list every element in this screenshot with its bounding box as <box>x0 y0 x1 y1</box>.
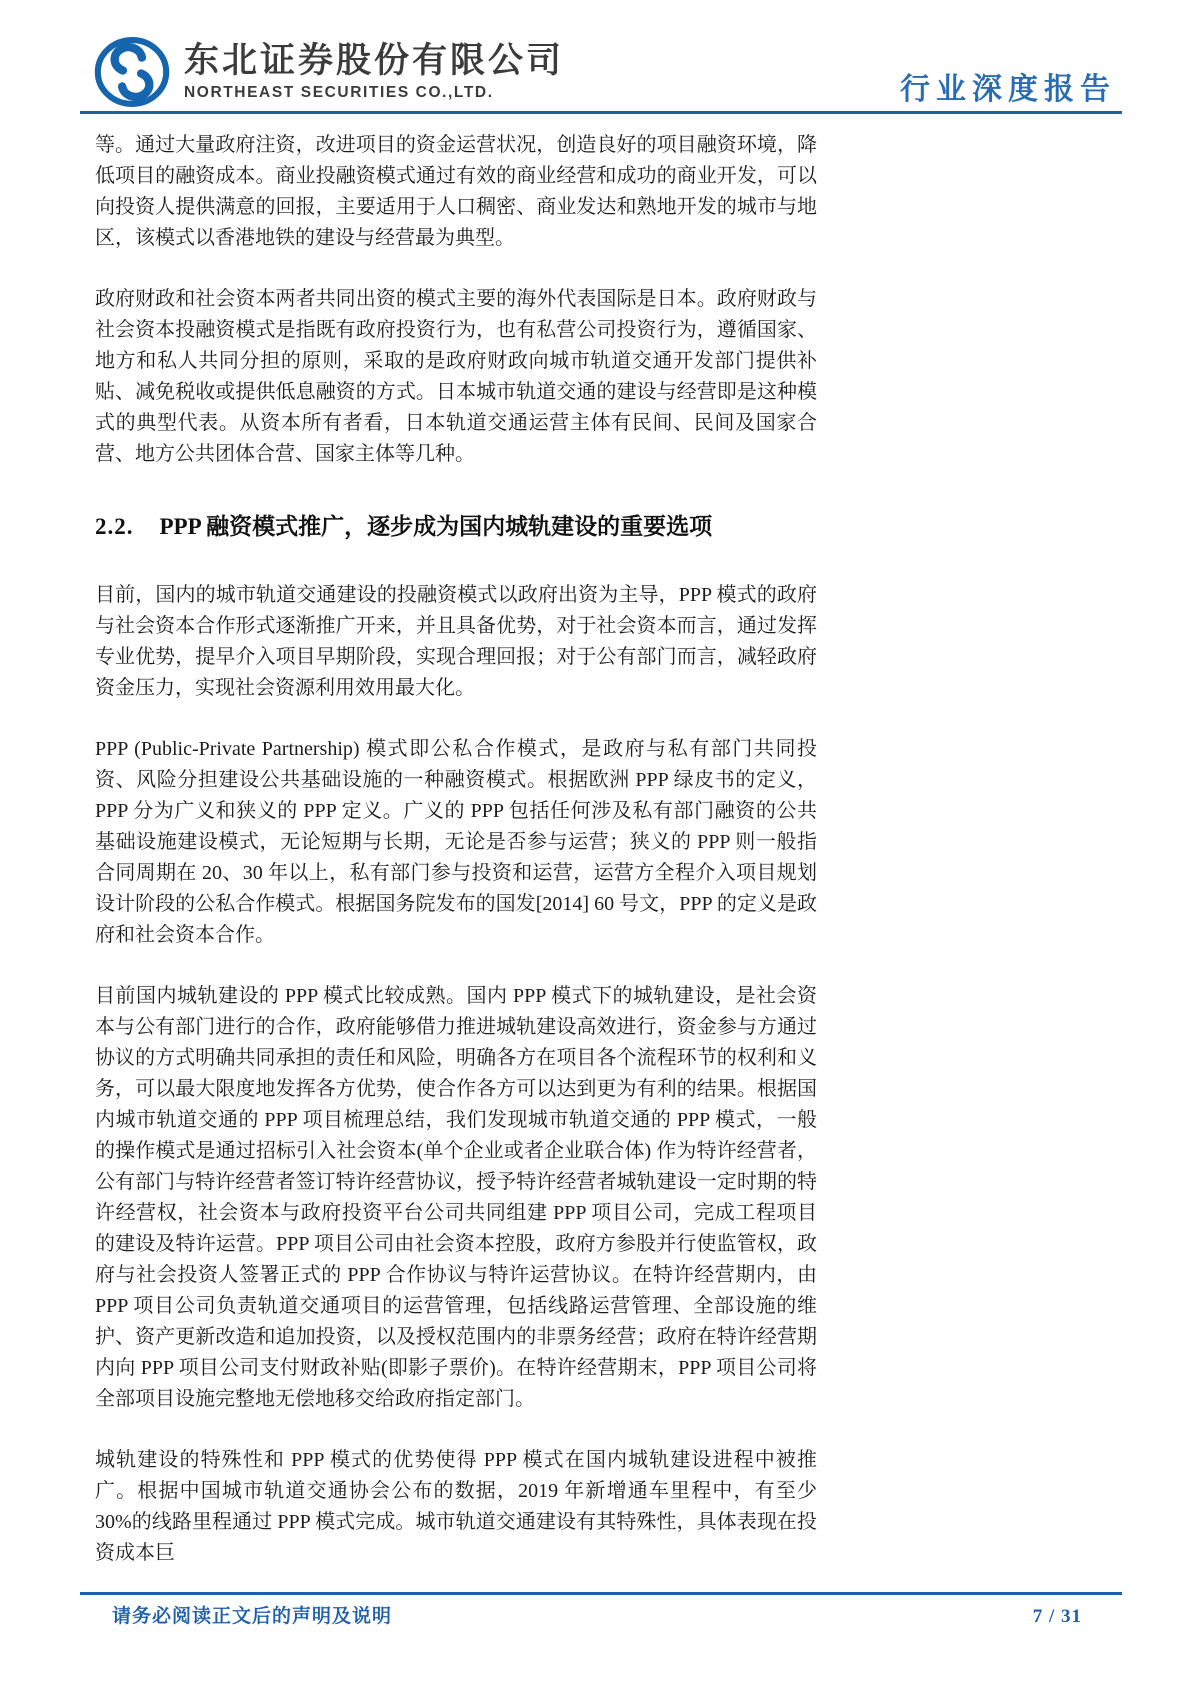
brand-text: 东北证券股份有限公司 NORTHEAST SECURITIES CO.,LTD. <box>184 42 564 102</box>
page-footer: 请务必阅读正文后的声明及说明 7 / 31 <box>112 1601 1082 1628</box>
northeast-securities-logo-icon <box>94 36 170 108</box>
company-name-cn: 东北证券股份有限公司 <box>184 42 564 81</box>
document-body: 等。通过大量政府注资，改进项目的资金运营状况，创造良好的项目融资环境，降低项目的… <box>95 130 817 1599</box>
section-heading: 2.2. PPP 融资模式推广，逐步成为国内城轨建设的重要选项 <box>95 512 817 542</box>
page-number: 7 / 31 <box>1033 1606 1082 1628</box>
section-heading-title: PPP 融资模式推广，逐步成为国内城轨建设的重要选项 <box>160 512 713 542</box>
body-paragraph-4: PPP (Public-Private Partnership) 模式即公私合作… <box>95 734 817 951</box>
body-paragraph-6: 城轨建设的特殊性和 PPP 模式的优势使得 PPP 模式在国内城轨建设进程中被推… <box>95 1445 817 1569</box>
footer-divider <box>80 1592 1122 1595</box>
company-name-en: NORTHEAST SECURITIES CO.,LTD. <box>184 84 564 102</box>
body-paragraph-1: 等。通过大量政府注资，改进项目的资金运营状况，创造良好的项目融资环境，降低项目的… <box>95 130 817 254</box>
header-divider <box>80 111 1122 114</box>
section-heading-number: 2.2. <box>95 512 134 542</box>
footer-disclaimer: 请务必阅读正文后的声明及说明 <box>112 1601 392 1628</box>
body-paragraph-5: 目前国内城轨建设的 PPP 模式比较成熟。国内 PPP 模式下的城轨建设，是社会… <box>95 981 817 1415</box>
report-type-label: 行业深度报告 <box>900 64 1116 108</box>
brand-block: 东北证券股份有限公司 NORTHEAST SECURITIES CO.,LTD. <box>94 36 564 108</box>
body-paragraph-2: 政府财政和社会资本两者共同出资的模式主要的海外代表国际是日本。政府财政与社会资本… <box>95 284 817 470</box>
body-paragraph-3: 目前，国内的城市轨道交通建设的投融资模式以政府出资为主导，PPP 模式的政府与社… <box>95 580 817 704</box>
report-page: 东北证券股份有限公司 NORTHEAST SECURITIES CO.,LTD.… <box>0 0 1200 1698</box>
